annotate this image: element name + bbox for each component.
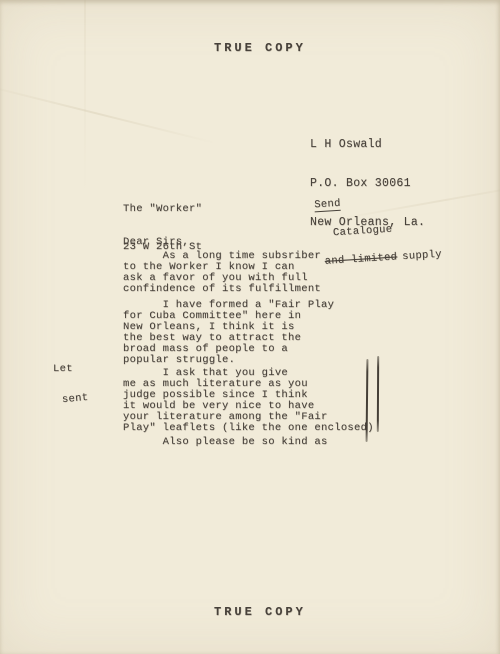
- letter-paragraph-2: I have formed a "Fair Play for Cuba Comm…: [123, 300, 334, 367]
- note-supply-word: supply: [402, 249, 442, 263]
- paper-crease: [84, 0, 86, 195]
- note-catalogue-word: Catalogue: [333, 223, 441, 239]
- note-let-word: Let: [53, 364, 88, 374]
- paper-crease: [0, 82, 217, 144]
- note-struck-words: and limited: [324, 251, 397, 267]
- margin-note-let-sent: Let sent: [53, 344, 88, 424]
- letter-paragraph-1: As a long time subsriber to the Worker I…: [123, 251, 321, 295]
- true-copy-footer: TRUE COPY: [214, 605, 306, 619]
- note-send-word: Send: [314, 200, 341, 213]
- pencil-emphasis-mark: [377, 356, 379, 432]
- letter-document-page: TRUE COPY L H Oswald P.O. Box 30061 New …: [0, 0, 500, 654]
- salutation: Dear Sirs,: [123, 236, 189, 248]
- true-copy-header: TRUE COPY: [214, 41, 306, 55]
- letter-paragraph-3: I ask that you give me as much literatur…: [123, 368, 374, 435]
- note-sent-word: sent: [62, 393, 89, 405]
- margin-note-send-catalogue: Send Catalogue and limitedsupply: [303, 176, 443, 286]
- note-limited-supply-line: and limitedsupply: [325, 251, 443, 267]
- letter-paragraph-4: Also please be so kind as: [123, 437, 328, 448]
- recipient-name: The "Worker": [123, 203, 202, 216]
- sender-name: L H Oswald: [310, 138, 425, 151]
